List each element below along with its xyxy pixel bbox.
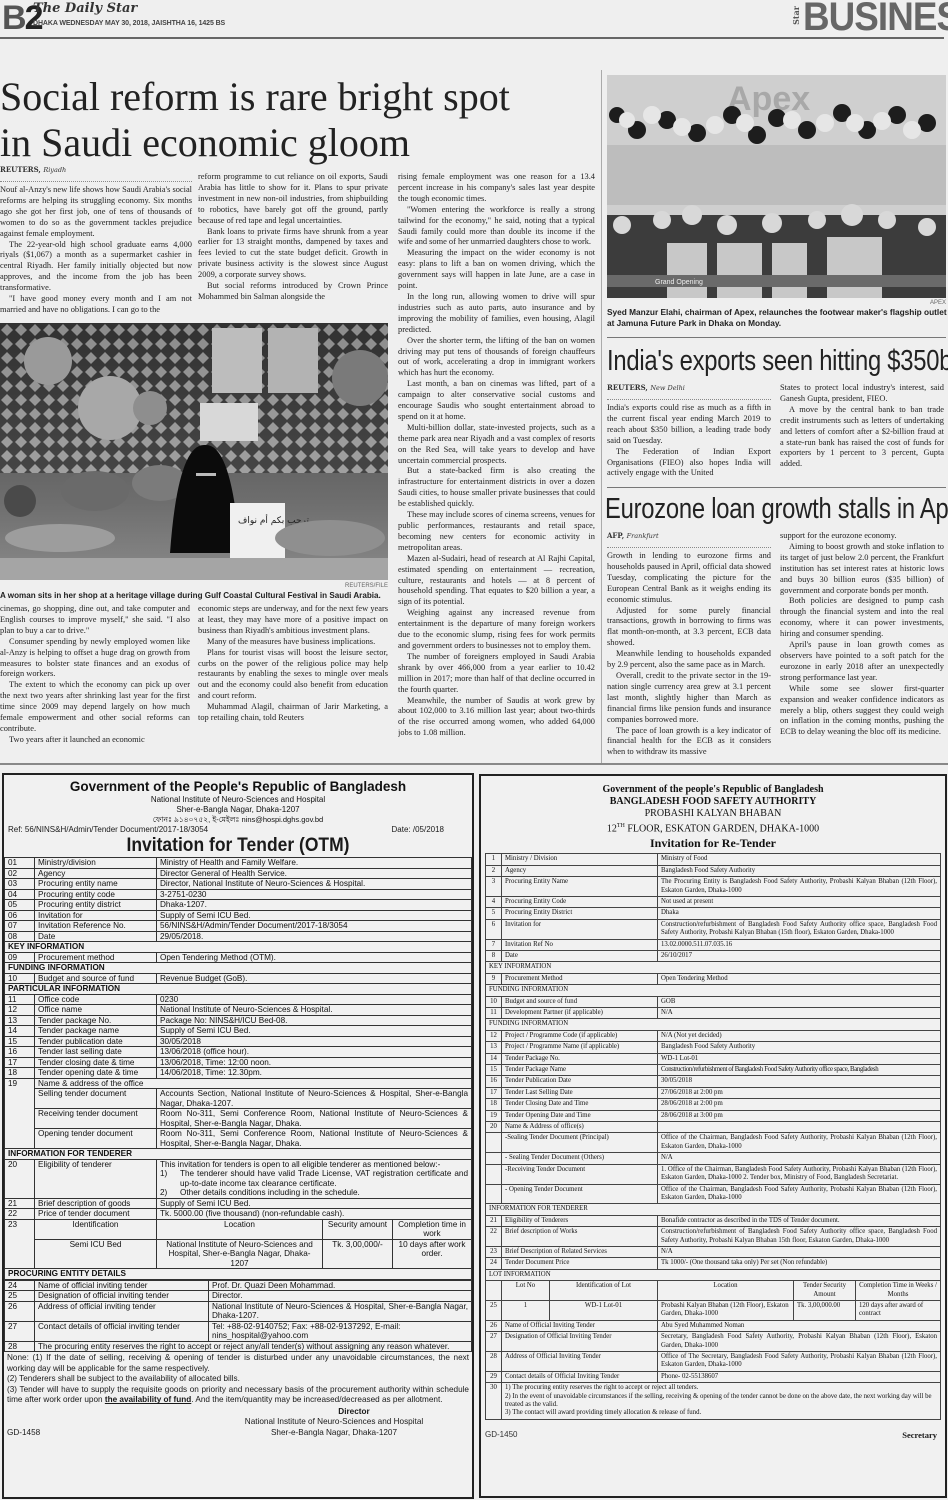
- eurozone-headline: Eurozone loan growth stalls in April: [605, 492, 948, 526]
- paragraph: Plans for tourist visas will boost the l…: [198, 648, 388, 703]
- section-heading: KEY INFORMATION: [486, 962, 941, 973]
- row-key: Date: [502, 950, 658, 961]
- row-key: Project / Programme Name (if applicable): [502, 1042, 658, 1053]
- terms-cell: 1) The procuring entity reserves the rig…: [502, 1383, 941, 1420]
- paragraph: reform programme to cut reliance on oil …: [198, 172, 388, 227]
- term: 1) The procuring entity reserves the rig…: [505, 1384, 937, 1392]
- section-heading: KEY INFORMATION: [5, 942, 472, 953]
- ad-title: Invitation for Tender (OTM): [23, 835, 454, 857]
- table-row: 12Office nameNational Institute of Neuro…: [5, 1005, 472, 1016]
- table-row: 08Date29/05/2018.: [5, 931, 472, 942]
- row-num: 16: [5, 1047, 35, 1058]
- procuring-table: 24Name of official inviting tenderProf. …: [4, 1280, 472, 1353]
- row-value: Dhaka-1207.: [157, 900, 472, 911]
- row-value: Office of the Chairman, Bangladesh Food …: [658, 1133, 941, 1153]
- byline-divider: [0, 181, 192, 182]
- table-row: 1Ministry / DivisionMinistry of Food: [486, 854, 941, 865]
- row-num: 05: [5, 900, 35, 911]
- row-key: Price of tender document: [35, 1209, 157, 1220]
- row-value: 1. Office of the Chairman, Bangladesh Fo…: [658, 1164, 941, 1184]
- item-num: 1): [160, 1169, 180, 1188]
- paragraph: A move by the central bank to ban trade …: [780, 405, 944, 470]
- row-key: Tender opening date & time: [35, 1068, 157, 1079]
- agency: REUTERS,: [0, 165, 41, 174]
- row-num: 23: [486, 1246, 502, 1257]
- section-row: LOT INFORMATION: [486, 1269, 941, 1280]
- row-num: 15: [5, 1036, 35, 1047]
- note: None: (1) If the date of selling, receiv…: [7, 1353, 469, 1374]
- table-row: 15Tender Package NameConstruction/refurb…: [486, 1065, 941, 1076]
- row-key: Office code: [35, 994, 157, 1005]
- apex-opening-photo: Apex Grand Opening: [607, 75, 946, 298]
- row-num: 10: [486, 996, 502, 1007]
- row-value: Bangladesh Food Safety Authority: [658, 865, 941, 876]
- table-row: 25Designation of official inviting tende…: [5, 1291, 472, 1302]
- apex-photo-caption: Syed Manzur Elahi, chairman of Apex, rel…: [607, 307, 947, 329]
- row-key: Name & Address of office(s): [502, 1122, 658, 1133]
- paragraph: India's exports could rise as much as a …: [607, 403, 771, 447]
- row-key: Tender Package No.: [502, 1053, 658, 1064]
- paragraph: Aiming to boost growth and stoke inflati…: [780, 542, 944, 597]
- table-row: 10Budget and source of fundRevenue Budge…: [5, 973, 472, 984]
- paragraph: But social reforms introduced by Crown P…: [198, 281, 388, 303]
- table-row: -Sealing Tender Document (Principal)Offi…: [486, 1133, 941, 1153]
- photo-caption: A woman sits in her shop at a heritage v…: [0, 590, 395, 601]
- row-value: [658, 1122, 941, 1133]
- item-num: 2): [160, 1188, 180, 1198]
- row-num: 19: [5, 1078, 35, 1149]
- section-row: PROCURING ENTITY DETAILS: [5, 1269, 472, 1280]
- page-letter: B: [2, 0, 25, 37]
- paragraph: support for the eurozone economy.: [780, 531, 944, 542]
- table-row: 09Procurement methodOpen Tendering Metho…: [5, 952, 472, 963]
- row-num: 9: [486, 973, 502, 984]
- section-heading: PARTICULAR INFORMATION: [5, 984, 472, 995]
- table-row: 29Contact details of Official Inviting T…: [486, 1371, 941, 1382]
- row-key: Procuring entity name: [35, 879, 157, 890]
- col-header: Completion Time in Weeks / Months: [856, 1281, 941, 1301]
- saudi-shop-photo: ترحب بكم أم نواف: [0, 323, 388, 580]
- table-row: 16Tender Publication Date30/05/2018: [486, 1076, 941, 1087]
- row-key: Tender package name: [35, 1026, 157, 1037]
- paragraph: "I have good money every month and I am …: [0, 294, 192, 316]
- section-row: KEY INFORMATION: [5, 942, 472, 953]
- paragraph: rising female employment was one reason …: [398, 172, 595, 205]
- row-key: Eligibility of Tenderers: [502, 1215, 658, 1226]
- row-key: Receiving tender document: [35, 1109, 157, 1129]
- paragraph: The Federation of Indian Export Organisa…: [607, 447, 771, 480]
- row-num: 12: [486, 1030, 502, 1041]
- row-num: 8: [486, 950, 502, 961]
- masthead: B2 The Daily Star DHAKA WEDNESDAY MAY 30…: [0, 0, 948, 36]
- row-value: Director.: [209, 1291, 472, 1302]
- col-header: Location: [658, 1281, 794, 1301]
- ad-signature: Director National Institute of Neuro-Sci…: [4, 1407, 472, 1443]
- row-num: 24: [486, 1258, 502, 1269]
- row-key: Contact details of official inviting ten…: [35, 1321, 209, 1341]
- row-key: Project / Programme Code (if applicable): [502, 1030, 658, 1041]
- paragraph: "Women entering the workforce is really …: [398, 205, 595, 249]
- row-num: 24: [5, 1280, 35, 1291]
- paragraph: While some see slower first-quarter expa…: [780, 684, 944, 739]
- ad-header: Government of the People's Republic of B…: [4, 775, 472, 825]
- row-num: 12: [5, 1005, 35, 1016]
- row-value: Director General of Health Service.: [157, 868, 472, 879]
- eurozone-col2: support for the eurozone economy. Aiming…: [780, 531, 944, 738]
- table-row: 19Name & address of the office: [5, 1078, 472, 1089]
- table-row: - Sealing Tender Document (Others)N/A: [486, 1153, 941, 1164]
- row-value: 56/NINS&H/Admin/Tender Document/2017-18/…: [157, 921, 472, 932]
- row-value: Prof. Dr. Quazi Deen Mohammad.: [209, 1280, 472, 1291]
- row-value: Tk. 5000.00 (five thousand) (non-refunda…: [157, 1209, 472, 1220]
- col-header: Location: [157, 1219, 323, 1239]
- paragraph: States to protect local industry's inter…: [780, 383, 944, 405]
- india-col2: States to protect local industry's inter…: [780, 383, 944, 470]
- table-row: - Opening Tender DocumentOffice of the C…: [486, 1184, 941, 1204]
- row-value: 0230: [157, 994, 472, 1005]
- masthead-rule: [0, 37, 944, 39]
- table-row: 13Tender package No.Package No: NINS&H/I…: [5, 1015, 472, 1026]
- paragraph: But a state-backed firm is also creating…: [398, 466, 595, 510]
- paragraph: Both policies are designed to pump cash …: [780, 596, 944, 640]
- row-key: Tender publication date: [35, 1036, 157, 1047]
- row-num: 21: [486, 1215, 502, 1226]
- section-row: INFORMATION FOR TENDERER: [5, 1149, 472, 1160]
- floor-sup: TH: [617, 823, 625, 829]
- table-row: 28Address of Official Inviting TenderOff…: [486, 1352, 941, 1372]
- cell: 1: [502, 1300, 550, 1320]
- row-num: 25: [5, 1291, 35, 1302]
- row-value: National Institute of Neuro-Sciences & H…: [157, 1005, 472, 1016]
- row-num: 20: [5, 1159, 35, 1198]
- table-row: 9Procurement MethodOpen Tendering Method: [486, 973, 941, 984]
- paragraph: Many of the measures have business impli…: [198, 637, 388, 648]
- row-key: Brief description of goods: [35, 1198, 157, 1209]
- apex-photo-credit: APEX: [607, 299, 946, 307]
- row-value: 26/10/2017: [658, 950, 941, 961]
- item-text: The tenderer should have valid Trade Lic…: [180, 1169, 468, 1188]
- term: 2) In the event of unavoidable circumsta…: [505, 1393, 937, 1410]
- row-key: -Sealing Tender Document (Principal): [502, 1133, 658, 1153]
- cell: Semi ICU Bed: [35, 1239, 157, 1269]
- row-key: Procuring Entity District: [502, 908, 658, 919]
- cell: WD-1 Lot-01: [550, 1300, 658, 1320]
- agency: AFP,: [607, 531, 624, 540]
- row-num: 26: [5, 1301, 35, 1321]
- row-num: 6: [486, 919, 502, 939]
- ad-footer: GD-1450 Secretary: [481, 1420, 945, 1444]
- table-row: 2AgencyBangladesh Food Safety Authority: [486, 865, 941, 876]
- row-key: Address of Official Inviting Tender: [502, 1352, 658, 1372]
- tender-table: 1Ministry / DivisionMinistry of Food 2Ag…: [485, 853, 941, 1420]
- row-key: Contact details of Official Inviting Ten…: [502, 1371, 658, 1382]
- table-row: 14Tender package nameSupply of Semi ICU …: [5, 1026, 472, 1037]
- ads-divider: [0, 763, 948, 765]
- row-value: 14/06/2018, Time: 12.30pm.: [157, 1068, 472, 1079]
- row-value: Office of The Secretary, Bangladesh Food…: [658, 1352, 941, 1372]
- signatory-title: Secretary: [902, 1430, 937, 1440]
- table-row: 03Procuring entity nameDirector, Nationa…: [5, 879, 472, 890]
- paragraph: The extent to which the economy can pick…: [0, 680, 190, 735]
- row-key: Agency: [35, 868, 157, 879]
- row-key: Invitation for: [502, 919, 658, 939]
- row-key: -Receiving Tender Document: [502, 1164, 658, 1184]
- column-divider: [601, 70, 602, 765]
- row-key: Procuring entity district: [35, 900, 157, 911]
- eligibility-intro: This invitation for tenders is open to a…: [160, 1160, 468, 1170]
- location: New Delhi: [650, 384, 685, 392]
- agency: REUTERS,: [607, 383, 648, 392]
- ad-contact: ফোনঃ ৯১৪০৭৫২, ই-মেইলঃ nins@hospi.dghs.go…: [4, 815, 472, 825]
- ad-notes: None: (1) If the date of selling, receiv…: [4, 1352, 472, 1407]
- row-value: Construction/refurbishment of Bangladesh…: [658, 1227, 941, 1247]
- row-num: 11: [486, 1008, 502, 1019]
- row-value: Not used at present: [658, 896, 941, 907]
- row-value: Secretary, Bangladesh Food Safety Author…: [658, 1332, 941, 1352]
- row-num: 28: [5, 1341, 35, 1352]
- row-value: Dhaka: [658, 908, 941, 919]
- row-value: 13/06/2018, Time: 12:00 noon.: [157, 1057, 472, 1068]
- row-num: 08: [5, 931, 35, 942]
- row-key: Budget and source of fund: [502, 996, 658, 1007]
- row-value: Open Tendering Method: [658, 973, 941, 984]
- address-rest: FLOOR, ESKATON GARDEN, DHAKA-1000: [625, 823, 819, 834]
- india-byline: REUTERS, New Delhi: [607, 383, 771, 393]
- paragraph: Last month, a ban on cinemas was lifted,…: [398, 379, 595, 423]
- table-row: Semi ICU BedNational Institute of Neuro-…: [5, 1239, 472, 1269]
- row-num: 25: [486, 1300, 502, 1320]
- paragraph: Muhammad Alagil, chairman of Jarir Marke…: [198, 702, 388, 724]
- row-num: 01: [5, 858, 35, 869]
- row-key: Budget and source of fund: [35, 973, 157, 984]
- ad-gov: Government of the People's Republic of B…: [4, 779, 472, 795]
- table-row: 22Price of tender documentTk. 5000.00 (f…: [5, 1209, 472, 1220]
- row-num: 09: [5, 952, 35, 963]
- paragraph: Multi-billion dollar, state-invested pro…: [398, 423, 595, 467]
- col-header: Security amount: [323, 1219, 393, 1239]
- table-row: 28The procuring entity reserves the righ…: [5, 1341, 472, 1352]
- section-heading: FUNDING INFORMATION: [5, 963, 472, 974]
- table-row: 17Tender closing date & time13/06/2018, …: [5, 1057, 472, 1068]
- row-value: WD-1 Lot-01: [658, 1053, 941, 1064]
- row-key: Designation of Official Inviting Tender: [502, 1332, 658, 1352]
- row-num: 18: [486, 1099, 502, 1110]
- star-logo-icon: Star: [792, 6, 801, 25]
- ad-gov: Government of the people's Republic of B…: [481, 784, 945, 796]
- paragraph: Measuring the impact on the wider econom…: [398, 248, 595, 292]
- table-row: 24Tender Document PriceTk 1000/- (One th…: [486, 1258, 941, 1269]
- table-row: 27Contact details of official inviting t…: [5, 1321, 472, 1341]
- row-value: N/A: [658, 1246, 941, 1257]
- row-key: Development Partner (if applicable): [502, 1008, 658, 1019]
- table-row: 11Development Partner (if applicable)N/A: [486, 1008, 941, 1019]
- row-num: 15: [486, 1065, 502, 1076]
- saudi-headline: Social reform is rare bright spot in Sau…: [0, 74, 600, 166]
- row-key: - Sealing Tender Document (Others): [502, 1153, 658, 1164]
- table-row: 04Procuring entity code3-2751-0230: [5, 889, 472, 900]
- row-num: 18: [5, 1068, 35, 1079]
- ad-ref: Ref: 56/NINS&H/Admin/Tender Document/201…: [8, 825, 208, 835]
- row-value: Accounts Section, National Institute of …: [157, 1089, 472, 1109]
- row-num: 02: [5, 868, 35, 879]
- row-key: Opening tender document: [35, 1129, 157, 1149]
- section-row: INFORMATION FOR TENDERER: [486, 1204, 941, 1215]
- row-key: Procuring Entity Code: [502, 896, 658, 907]
- cell: Probashi Kalyan Bhaban (12th Floor), Esk…: [658, 1300, 794, 1320]
- ad-table-wrap: 1Ministry / DivisionMinistry of Food 2Ag…: [481, 851, 945, 1420]
- row-key: Tender closing date & time: [35, 1057, 157, 1068]
- ad-title: Invitation for Re-Tender: [481, 835, 945, 851]
- row-key: Tender Document Price: [502, 1258, 658, 1269]
- note: (2) Tenderers shall be subject to the av…: [7, 1374, 469, 1385]
- row-num: 14: [5, 1026, 35, 1037]
- row-num: 4: [486, 896, 502, 907]
- paragraph: The 22-year-old high school graduate ear…: [0, 240, 192, 295]
- row-key: Invitation for: [35, 910, 157, 921]
- cell: Tk. 3,00,000/-: [323, 1239, 393, 1269]
- col-header: Tender Security Amount: [794, 1281, 856, 1301]
- table-row: Selling tender documentAccounts Section,…: [5, 1089, 472, 1109]
- table-row: 14Tender Package No.WD-1 Lot-01: [486, 1053, 941, 1064]
- row-key: Agency: [502, 865, 658, 876]
- table-row: 17Tender Last Selling Date27/06/2018 at …: [486, 1087, 941, 1098]
- row-num: 2: [486, 865, 502, 876]
- table-row: Opening tender documentRoom No-311, Semi…: [5, 1129, 472, 1149]
- table-row: 22Brief description of WorksConstruction…: [486, 1227, 941, 1247]
- row-num: 7: [486, 939, 502, 950]
- table-row: 20Eligibility of tenderer This invitatio…: [5, 1159, 472, 1198]
- section-heading: PROCURING ENTITY DETAILS: [5, 1269, 472, 1280]
- row-num: 06: [5, 910, 35, 921]
- row-value: N/A: [658, 1008, 941, 1019]
- section-row: PARTICULAR INFORMATION: [5, 984, 472, 995]
- table-row: 23Brief Description of Related ServicesN…: [486, 1246, 941, 1257]
- row-num: 11: [5, 994, 35, 1005]
- paragraph: Adjusted for some purely financial trans…: [607, 606, 771, 650]
- row-num: 20: [486, 1122, 502, 1133]
- row-value: 29/05/2018.: [157, 931, 472, 942]
- ad-code: GD-1450: [485, 1430, 517, 1440]
- section-heading: FUNDING INFORMATION: [486, 1019, 941, 1030]
- ad-header: Government of the people's Republic of B…: [481, 776, 945, 851]
- row-value: 13.02.0000.511.07.035.16: [658, 939, 941, 950]
- row-num: 3: [486, 877, 502, 897]
- row-num: 14: [486, 1053, 502, 1064]
- row-value: Construction/refurbishment of Bangladesh…: [658, 919, 941, 939]
- paragraph: Meanwhile lending to households expanded…: [607, 649, 771, 671]
- table-row: 27Designation of Official Inviting Tende…: [486, 1332, 941, 1352]
- paragraph: Overall, credit to the private sector in…: [607, 671, 771, 726]
- eurozone-byline: AFP, Frankfurt: [607, 531, 771, 541]
- row-key: Procurement method: [35, 952, 157, 963]
- row-key: Tender package No.: [35, 1015, 157, 1026]
- signatory-title: Director: [254, 1407, 454, 1418]
- row-key: Designation of official inviting tender: [35, 1291, 209, 1302]
- section-title: BUSINESS: [803, 0, 948, 37]
- section-heading: INFORMATION FOR TENDERER: [5, 1149, 472, 1160]
- row-value: Room No-311, Semi Conference Room, Natio…: [157, 1109, 472, 1129]
- row-key: Name of official inviting tender: [35, 1280, 209, 1291]
- saudi-col1-bottom: cinemas, go shopping, dine out, and take…: [0, 604, 190, 746]
- cell: National Institute of Neuro-Sciences and…: [157, 1239, 323, 1269]
- row-value: Bangladesh Food Safety Authority: [658, 1042, 941, 1053]
- row-key: Ministry / Division: [502, 854, 658, 865]
- row-key: Procuring entity code: [35, 889, 157, 900]
- row-value: The procuring entity reserves the right …: [35, 1341, 472, 1352]
- row-value: Room No-311, Semi Conference Room, Natio…: [157, 1129, 472, 1149]
- table-row: 11Office code0230: [5, 994, 472, 1005]
- tender-ad-bfsa: Government of the people's Republic of B…: [479, 774, 947, 1498]
- paragraph: Bank loans to private firms have shrunk …: [198, 227, 388, 282]
- table-row: 30 1) The procuring entity reserves the …: [486, 1383, 941, 1420]
- row-key: Eligibility of tenderer: [35, 1159, 157, 1198]
- row-key: Procurement Method: [502, 973, 658, 984]
- ad-org: National Institute of Neuro-Sciences and…: [4, 795, 472, 805]
- row-value: Supply of Semi ICU Bed.: [157, 1198, 472, 1209]
- row-value: The Procuring Entity is Bangladesh Food …: [658, 877, 941, 897]
- section-heading: LOT INFORMATION: [486, 1269, 941, 1280]
- signatory-address: Sher-e-Bangla Nagar, Dhaka-1207: [194, 1428, 474, 1439]
- row-key: Brief Description of Related Services: [502, 1246, 658, 1257]
- col-header: Identification: [35, 1219, 157, 1239]
- row-value: 3-2751-0230: [157, 889, 472, 900]
- row-key: Procuring Entity Name: [502, 877, 658, 897]
- newspaper-logo: The Daily Star: [33, 2, 137, 16]
- table-row: 16Tender last selling date13/06/2018 (of…: [5, 1047, 472, 1058]
- ad-address: Sher-e-Bangla Nagar, Dhaka-1207: [4, 805, 472, 815]
- table-row: 18Tender Closing Date and Time28/06/2018…: [486, 1099, 941, 1110]
- row-key: Invitation Reference No.: [35, 921, 157, 932]
- row-num: 16: [486, 1076, 502, 1087]
- row-num: 03: [5, 879, 35, 890]
- byline-divider: [607, 399, 771, 400]
- article-body: Nouf al-Anzy's new life shows how Saudi …: [0, 185, 192, 316]
- lot-row: 251WD-1 Lot-01Probashi Kalyan Bhaban (12…: [486, 1300, 941, 1320]
- tender-table: 01Ministry/divisionMinistry of Health an…: [4, 857, 472, 1280]
- table-row: 6Invitation forConstruction/refurbishmen…: [486, 919, 941, 939]
- row-value: Revenue Budget (GoB).: [157, 973, 472, 984]
- paragraph: Mazen al-Sudairi, head of research at Al…: [398, 554, 595, 609]
- row-key: Tender last selling date: [35, 1047, 157, 1058]
- ad-org: BANGLADESH FOOD SAFETY AUTHORITY: [481, 796, 945, 808]
- row-value: Supply of Semi ICU Bed.: [157, 1026, 472, 1037]
- row-key: Office name: [35, 1005, 157, 1016]
- ribbon-text: Grand Opening: [655, 279, 703, 286]
- paragraph: Two years after it launched an economic: [0, 735, 190, 746]
- section-heading: FUNDING INFORMATION: [486, 985, 941, 996]
- article-body: Growth in lending to eurozone firms and …: [607, 551, 771, 758]
- cell: 10 days after work order.: [393, 1239, 472, 1269]
- row-num: 13: [5, 1015, 35, 1026]
- photo-credit: REUTERS/FILE: [0, 582, 388, 590]
- paragraph: The number of foreigners employed in Sau…: [398, 652, 595, 696]
- paragraph: cinemas, go shopping, dine out, and take…: [0, 604, 190, 637]
- row-value: N/A: [658, 1153, 941, 1164]
- col-header: Identification of Lot: [550, 1281, 658, 1301]
- row-value: Tk 1000/- (One thousand taka only) Per s…: [658, 1258, 941, 1269]
- eurozone-col1: AFP, Frankfurt Growth in lending to euro…: [607, 531, 771, 758]
- row-key: Tender Closing Date and Time: [502, 1099, 658, 1110]
- headline-line-1: Social reform is rare bright spot: [0, 74, 600, 120]
- row-key: Name of Official Inviting Tender: [502, 1320, 658, 1331]
- row-value: Director, National Institute of Neuro-Sc…: [157, 879, 472, 890]
- photo-illustration-icon: Apex Grand Opening: [607, 75, 946, 298]
- ad-address: 12TH FLOOR, ESKATON GARDEN, DHAKA-1000: [481, 820, 945, 835]
- row-num: 23: [5, 1219, 35, 1269]
- row-num: 27: [5, 1321, 35, 1341]
- row-num: 27: [486, 1332, 502, 1352]
- paragraph: The pace of loan growth is a key indicat…: [607, 726, 771, 759]
